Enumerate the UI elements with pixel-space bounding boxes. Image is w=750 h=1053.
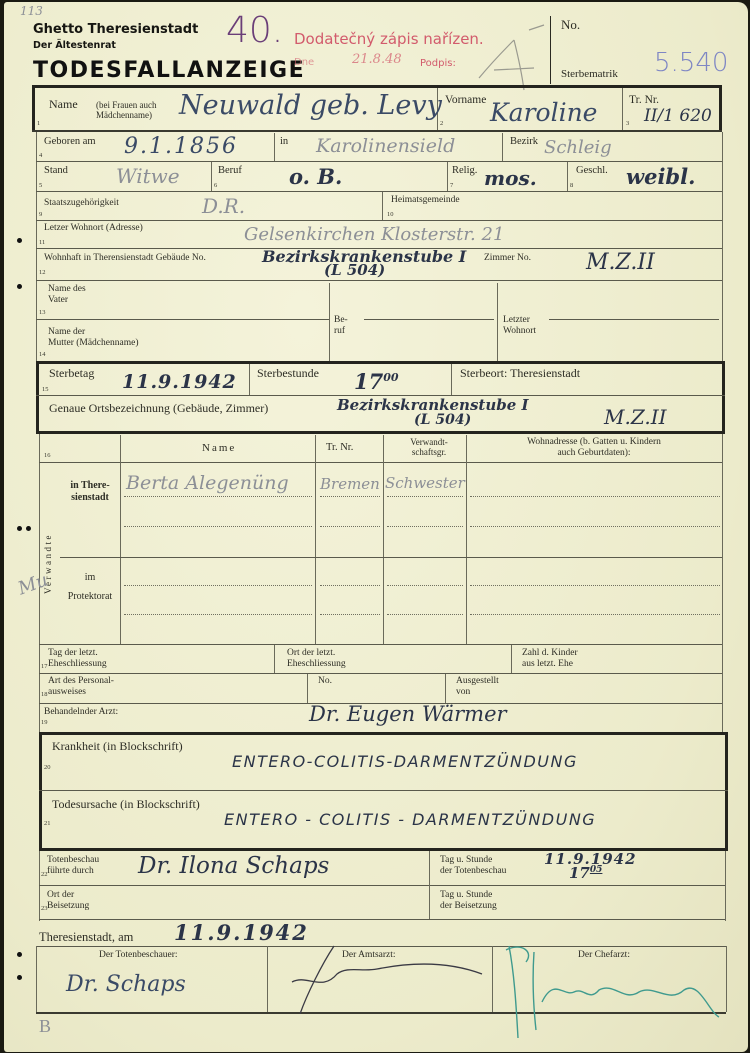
page-annotation: 113	[20, 4, 43, 18]
rule	[315, 435, 316, 644]
wohnhaft-label: Wohnhaft in Therensienstadt Gebäude No.	[44, 253, 206, 264]
rule	[39, 434, 40, 646]
rule	[451, 364, 452, 395]
rule	[567, 162, 568, 191]
sig-totenbeschauer-label: Der Totenbeschauer:	[99, 950, 178, 961]
group-theresienstadt-label: in There-sienstadt	[62, 480, 118, 503]
field-number: 10	[387, 211, 394, 218]
rule	[36, 161, 722, 162]
field-number: 4	[39, 152, 42, 159]
rule	[39, 732, 42, 850]
rule	[211, 162, 212, 191]
rule	[36, 220, 722, 221]
vater-label: Name desVater	[48, 284, 86, 306]
col-wohn-header: Wohnadresse (b. Gatten u. Kindernauch Ge…	[474, 437, 714, 459]
geschl-label: Geschl.	[576, 165, 608, 177]
rule	[329, 283, 330, 361]
rule	[39, 885, 725, 886]
field-number: 13	[39, 309, 46, 316]
relig-value[interactable]: mos.	[484, 166, 537, 190]
ausweis-art-label: Art des Personal-ausweises	[48, 676, 114, 698]
rule	[274, 645, 275, 673]
punch-hole	[26, 526, 31, 531]
rule	[32, 85, 35, 131]
field-number: 6	[214, 182, 217, 189]
stamp-text: Dodatečný zápis nařízen.	[294, 30, 484, 48]
mutter-label: Name derMutter (Mädchenname)	[48, 327, 138, 349]
geschl-value[interactable]: weibl.	[626, 164, 695, 189]
field-number: 14	[39, 351, 46, 358]
rule	[32, 130, 722, 132]
place-date-label: Theresienstadt, am	[39, 930, 133, 944]
amtsarzt-signature-icon	[282, 944, 492, 1014]
sterbestunde-label: Sterbestunde	[257, 367, 319, 381]
field-number: 15	[42, 386, 49, 393]
totenbeschau-value[interactable]: Dr. Ilona Schaps	[138, 853, 329, 879]
rule	[36, 431, 725, 434]
ausweis-no-label: No.	[318, 676, 332, 687]
punch-hole	[17, 975, 22, 980]
ursache-label: Todesursache (in Blockschrift)	[52, 798, 200, 812]
name-label: Name	[49, 98, 78, 112]
eltern-wohnort-label: LetzterWohnort	[503, 315, 536, 337]
field-number: 1	[37, 120, 40, 127]
genaue-value-2[interactable]: (L 504)	[414, 412, 471, 428]
sterbestunde-value[interactable]: 1700	[354, 369, 399, 394]
eltern-beruf-label: Be-ruf	[334, 315, 348, 337]
org-name: Ghetto Theresienstadt	[33, 22, 198, 37]
rule	[60, 557, 722, 558]
rule	[39, 851, 40, 921]
field-number: 23	[41, 905, 48, 912]
rule	[36, 280, 722, 281]
rule	[492, 946, 493, 1012]
rule	[249, 364, 250, 395]
stamp-date-value: 21.8.48	[352, 52, 402, 67]
rule	[36, 361, 39, 433]
rule	[36, 132, 37, 282]
kinder-label: Zahl d. Kinderaus letzt. Ehe	[522, 648, 578, 670]
stand-label: Stand	[44, 165, 68, 177]
sterbematrik-label: Sterbematrik	[561, 68, 618, 81]
field-number: 20	[44, 764, 51, 771]
rule	[39, 462, 722, 463]
beruf-value[interactable]: o. B.	[289, 164, 342, 189]
big-number: 40.	[226, 10, 283, 51]
rule	[36, 191, 722, 192]
staat-label: Staatszugehörigkeit	[44, 198, 119, 209]
field-number: 7	[450, 182, 453, 189]
field-number: 2	[440, 120, 443, 127]
stamp-date-label: Dne	[294, 57, 314, 68]
field-number: 11	[39, 239, 45, 246]
rule	[39, 732, 728, 735]
rule	[36, 319, 329, 320]
tag-beschau-time[interactable]: 1705	[569, 864, 602, 882]
header-divider	[550, 16, 551, 84]
rule	[39, 919, 725, 920]
beisetzung-tag-label: Tag u. Stundeder Beisetzung	[440, 890, 497, 912]
relative-trnr[interactable]: Bremen	[320, 475, 380, 493]
punch-hole	[17, 284, 22, 289]
rule	[722, 132, 723, 282]
rule	[725, 732, 728, 850]
field-number: 8	[570, 182, 573, 189]
wohnort-label: Letzer Wohnort (Adresse)	[44, 223, 143, 234]
rule	[722, 645, 723, 733]
rule	[502, 133, 503, 161]
rule	[622, 88, 623, 130]
beisetzung-ort-label: Ort derBeisetzung	[47, 890, 89, 912]
staat-value[interactable]: D.R.	[202, 194, 245, 218]
geboren-value[interactable]: 9.1.1856	[124, 134, 238, 159]
wohnhaft-value-2[interactable]: (L 504)	[324, 261, 385, 279]
field-number: 5	[39, 182, 42, 189]
rule	[307, 674, 308, 703]
rule	[429, 851, 430, 919]
col-name-header: Name	[202, 442, 236, 455]
rule	[364, 319, 494, 320]
rule	[36, 281, 37, 361]
org-subtitle: Der Ältestenrat	[33, 40, 116, 51]
rule	[36, 361, 725, 364]
rule	[39, 673, 722, 674]
vorname-value[interactable]: Karoline	[490, 98, 597, 127]
form-title: TODESFALLANZEIGE	[33, 58, 305, 83]
rule	[722, 434, 723, 646]
beruf-label: Beruf	[218, 165, 242, 177]
ort-ehe-label: Ort der letzt.Eheschliessung	[287, 648, 346, 670]
rule	[445, 674, 446, 703]
relative-name[interactable]: Berta Alegenüng	[126, 472, 289, 494]
krankheit-label: Krankheit (in Blockschrift)	[52, 740, 183, 754]
rule	[39, 790, 728, 791]
sterbetag-value[interactable]: 11.9.1942	[122, 371, 237, 393]
tag-beschau-label: Tag u. Stundeder Totenbeschau	[440, 855, 506, 877]
bezirk-value[interactable]: Schleig	[544, 137, 612, 158]
rule	[725, 851, 726, 921]
name-note: (bei Frauen auch Mädchenname)	[96, 100, 186, 121]
sterbetag-label: Sterbetag	[49, 367, 94, 381]
field-number: 18	[41, 691, 48, 698]
field-number: 9	[39, 211, 42, 218]
arzt-value[interactable]: Dr. Eugen Wärmer	[309, 702, 507, 726]
trnr-value[interactable]: II/1 620	[644, 106, 712, 126]
no-label: No.	[561, 18, 580, 33]
genaue-room[interactable]: M.Z.II	[604, 405, 667, 429]
punch-hole	[17, 526, 22, 531]
rule	[382, 192, 383, 220]
arzt-label: Behandelnder Arzt:	[44, 707, 118, 718]
place-date-value[interactable]: 11.9.1942	[174, 920, 309, 945]
bezirk-label: Bezirk	[510, 136, 538, 148]
rule	[32, 85, 722, 88]
col-verw-header: Verwandt-schaftsgr.	[394, 437, 464, 458]
rule	[722, 361, 725, 433]
field-number: 19	[41, 719, 48, 726]
rule	[466, 435, 467, 644]
col-trnr-header: Tr. Nr.	[326, 442, 353, 454]
geboren-label: Geboren am	[44, 136, 96, 148]
wohnort-value[interactable]: Gelsenkirchen Klosterstr. 21	[244, 224, 504, 245]
rule	[497, 283, 498, 361]
bottom-mark: B	[39, 1016, 51, 1037]
relative-verw[interactable]: Schwester	[385, 474, 465, 492]
ursache-value[interactable]: ENTERO - COLITIS - DARMENTZÜNDUNG	[224, 810, 596, 829]
field-number: 16	[44, 452, 51, 459]
sterbeort-label: Sterbeort: Theresienstadt	[460, 367, 580, 381]
group-protektorat-label: imProtektorat	[62, 568, 118, 606]
ausgestellt-label: Ausgestelltvon	[456, 676, 499, 698]
rule	[39, 645, 40, 733]
punch-hole	[17, 238, 22, 243]
totenbeschau-label: Totenbeschauführte durch	[47, 855, 99, 877]
rule	[722, 281, 723, 361]
field-number: 22	[41, 871, 48, 878]
field-number: 21	[44, 820, 51, 827]
heimat-label: Heimatsgemeinde	[391, 195, 460, 206]
chefarzt-signature-icon	[504, 942, 729, 1042]
tag-ehe-label: Tag der letzt.Eheschliessung	[48, 648, 107, 670]
rule	[383, 435, 384, 644]
relig-label: Relig.	[452, 165, 477, 177]
sterbematrik-value: 5.540	[654, 48, 728, 78]
name-value[interactable]: Neuwald geb. Levy	[179, 90, 442, 121]
rule	[267, 946, 268, 1012]
stamp-sign-label: Podpis:	[420, 58, 456, 69]
punch-hole	[17, 952, 22, 957]
rule	[549, 319, 719, 320]
rule	[274, 133, 275, 161]
document-page: 113 Ghetto Theresienstadt Der Ältestenra…	[4, 2, 748, 1052]
rule	[447, 162, 448, 191]
krankheit-value[interactable]: ENTERO-COLITIS-DARMENTZÜNDUNG	[232, 752, 578, 771]
genaue-label: Genaue Ortsbezeichnung (Gebäude, Zimmer)	[49, 402, 268, 416]
rule	[36, 946, 37, 1012]
rule	[719, 85, 722, 131]
field-number: 17	[41, 663, 48, 670]
sig-totenbeschauer: Dr. Schaps	[66, 972, 186, 997]
field-number: 12	[39, 269, 46, 276]
vorname-label: Vorname	[445, 94, 486, 107]
geburtsort-value[interactable]: Karolinensield	[316, 135, 455, 157]
in-label: in	[280, 136, 288, 148]
stand-value[interactable]: Witwe	[116, 164, 180, 188]
rule	[511, 645, 512, 673]
rule	[39, 644, 722, 645]
zimmer-label: Zimmer No.	[484, 253, 531, 264]
field-number: 3	[626, 120, 629, 127]
zimmer-value[interactable]: M.Z.II	[586, 250, 655, 275]
margin-mark: Mu	[15, 569, 50, 599]
rule	[120, 435, 121, 644]
